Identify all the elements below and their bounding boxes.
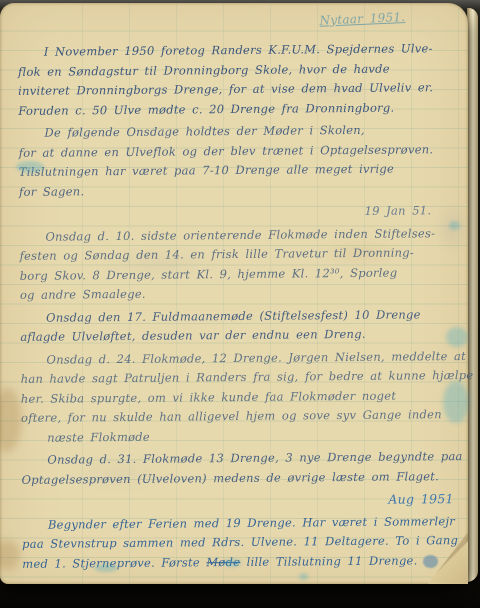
line-segment: med 1. Stjerneprøve. Første [22, 555, 206, 571]
entry-date-newyear: Nytaar 1951. [319, 8, 406, 31]
handwritten-line: aflagde Ulveløftet, desuden var der endn… [20, 324, 454, 347]
handwritten-line: Onsdag den 17. Fuldmaanemøde (Stiftelses… [20, 305, 454, 328]
journal-paragraph-november: I November 1950 foretog Randers K.F.U.M.… [18, 39, 453, 121]
journal-paragraph-jan31: Onsdag d. 31. Flokmøde 13 Drenge, 3 nye … [21, 447, 455, 490]
handwritten-line: oftere, for nu skulde han alligevel hjem… [21, 405, 455, 428]
notebook-photo: Nytaar 1951. I November 1950 foretog Ran… [0, 0, 480, 608]
page-edge-strip [467, 8, 478, 582]
journal-paragraph-jan24: Onsdag d. 24. Flokmøde, 12 Drenge. Jørge… [20, 347, 455, 448]
journal-paragraph-august: Begynder efter Ferien med 19 Drenge. Har… [22, 512, 456, 574]
handwritten-line: for Sagen. [19, 179, 453, 202]
handwritten-line: med 1. Stjerneprøve. Første Møde lille T… [22, 551, 456, 574]
notebook-page: Nytaar 1951. I November 1950 foretog Ran… [0, 3, 468, 584]
handwritten-line: Optagelsesprøven (Ulveloven) medens de ø… [21, 467, 455, 490]
handwritten-line: Foruden c. 50 Ulve mødte c. 20 Drenge fr… [18, 98, 452, 121]
handwritten-line: Tilslutningen har været paa 7-10 Drenge … [19, 159, 453, 182]
journal-paragraph-jan10: Onsdag d. 10. sidste orienterende Flokmø… [19, 224, 454, 306]
handwritten-line: næste Flokmøde [21, 425, 455, 448]
journal-paragraph-onsdage: De følgende Onsdage holdtes der Møder i … [18, 120, 453, 202]
entry-date-january: 19 Jan 51. [19, 201, 453, 224]
handwritten-line: og andre Smaalege. [20, 282, 454, 305]
handwriting-layer: Nytaar 1951. I November 1950 foretog Ran… [18, 39, 457, 566]
struck-out-word: Møde [206, 554, 240, 568]
entry-date-august: Aug 1951 [22, 489, 456, 512]
handwritten-line: borg Skov. 8 Drenge, start Kl. 9, hjemme… [20, 263, 454, 286]
journal-paragraph-jan17: Onsdag den 17. Fuldmaanemøde (Stiftelses… [20, 305, 454, 348]
line-segment: lille Tilslutning 11 Drenge. [240, 553, 417, 569]
